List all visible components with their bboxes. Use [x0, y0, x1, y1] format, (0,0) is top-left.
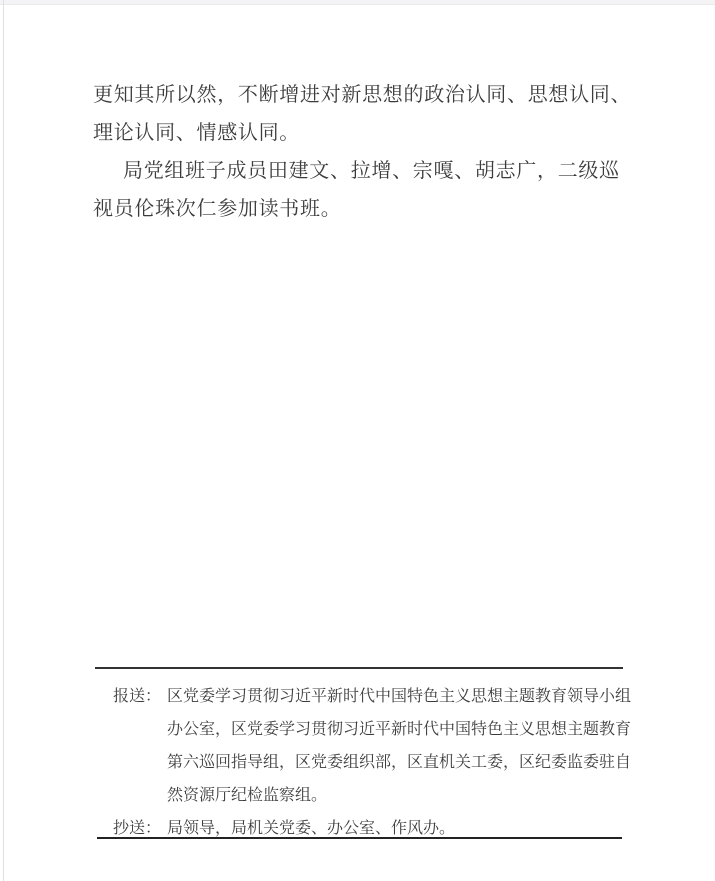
baosong-line: 办公室，区党委学习贯彻习近平新时代中国特色主义思想主题教育 [167, 713, 631, 746]
body-line: 视员伦珠次仁参加读书班。 [93, 190, 653, 228]
body-line: 理论认同、情感认同。 [93, 114, 653, 152]
scan-top-edge [0, 0, 715, 5]
baosong-row: 报送： 区党委学习贯彻习近平新时代中国特色主义思想主题教育领导小组 办公室，区党… [113, 680, 633, 812]
baosong-line: 然资源厅纪检监察组。 [167, 779, 631, 812]
document-body: 更知其所以然，不断增进对新思想的政治认同、思想认同、 理论认同、情感认同。 局党… [93, 76, 653, 228]
chaosong-label: 抄送： [113, 812, 161, 845]
body-line: 更知其所以然，不断增进对新思想的政治认同、思想认同、 [93, 76, 653, 114]
chaosong-row: 抄送： 局领导，局机关党委、办公室、作风办。 [113, 812, 633, 845]
footer-top-rule [95, 667, 623, 669]
scan-left-edge [3, 0, 4, 881]
document-footer: 报送： 区党委学习贯彻习近平新时代中国特色主义思想主题教育领导小组 办公室，区党… [113, 680, 633, 845]
baosong-content: 区党委学习贯彻习近平新时代中国特色主义思想主题教育领导小组 办公室，区党委学习贯… [167, 680, 631, 812]
baosong-label: 报送： [113, 680, 161, 713]
body-line: 局党组班子成员田建文、拉增、宗嘎、胡志广，二级巡 [93, 152, 653, 190]
baosong-line: 第六巡回指导组，区党委组织部，区直机关工委，区纪委监委驻自 [167, 746, 631, 779]
footer-bottom-rule [97, 837, 622, 839]
chaosong-content: 局领导，局机关党委、办公室、作风办。 [167, 812, 455, 845]
document-page: 更知其所以然，不断增进对新思想的政治认同、思想认同、 理论认同、情感认同。 局党… [0, 0, 715, 881]
baosong-line: 区党委学习贯彻习近平新时代中国特色主义思想主题教育领导小组 [167, 680, 631, 713]
chaosong-line: 局领导，局机关党委、办公室、作风办。 [167, 812, 455, 845]
